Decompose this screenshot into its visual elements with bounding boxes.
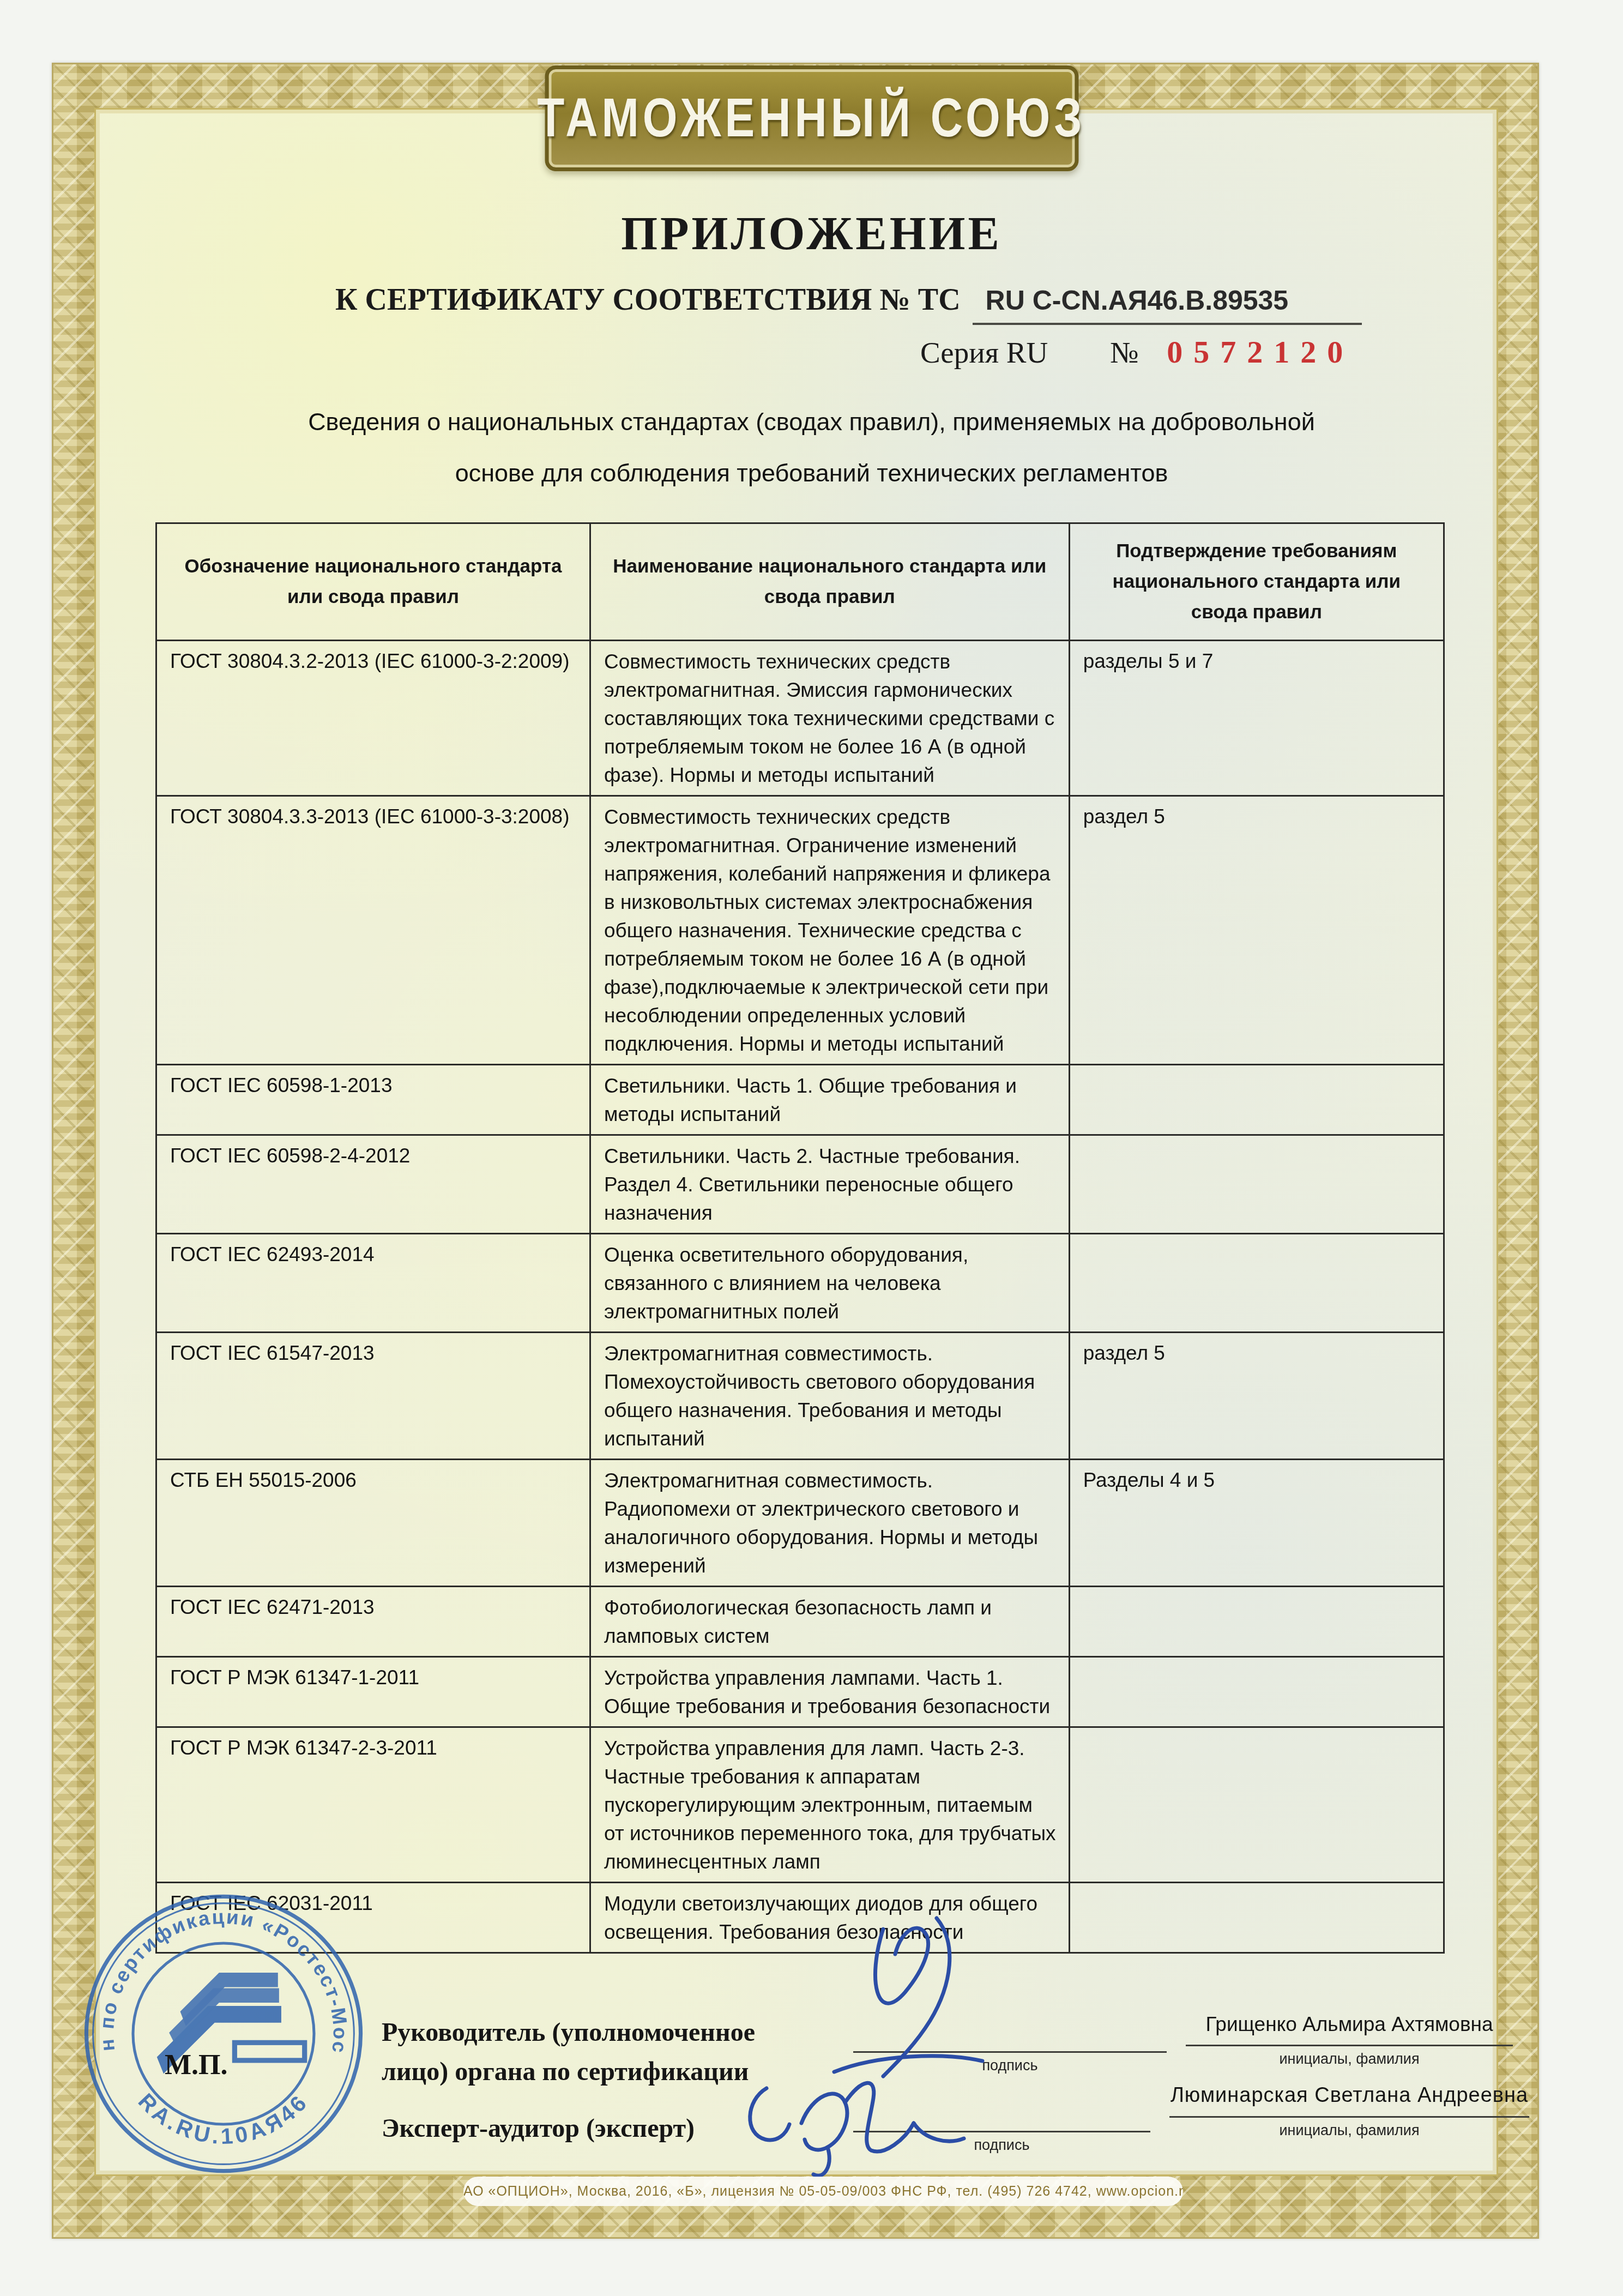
cell-confirmation (1069, 1587, 1444, 1657)
series-label: Серия RU (920, 336, 1048, 369)
print-house-note: АО «ОПЦИОН», Москва, 2016, «Б», лицензия… (463, 2177, 1183, 2206)
table-row: ГОСТ Р МЭК 61347-1-2011Устройства управл… (156, 1657, 1444, 1727)
banner-text: ТАМОЖЕННЫЙ СОЮЗ (537, 87, 1085, 150)
table-header-row: Обозначение национального стандарта или … (156, 523, 1444, 641)
cell-name: Фотобиологическая безопасность ламп и ла… (590, 1587, 1069, 1657)
cell-confirmation: разделы 5 и 7 (1069, 641, 1444, 796)
cell-name: Устройства управления для ламп. Часть 2-… (590, 1727, 1069, 1883)
page-title: ПРИЛОЖЕНИЕ (0, 206, 1623, 261)
cell-standard: СТБ ЕН 55015-2006 (156, 1460, 590, 1587)
table-row: ГОСТ IEC 61547-2013Электромагнитная совм… (156, 1333, 1444, 1460)
cell-confirmation: раздел 5 (1069, 1333, 1444, 1460)
customs-union-banner: ТАМОЖЕННЫЙ СОЮЗ (545, 65, 1078, 171)
table-row: ГОСТ 30804.3.3-2013 (IEC 61000-3-3:2008)… (156, 796, 1444, 1065)
certificate-label: К СЕРТИФИКАТУ СООТВЕТСТВИЯ № ТС (335, 283, 961, 317)
cell-standard: ГОСТ Р МЭК 61347-2-3-2011 (156, 1727, 590, 1883)
cell-confirmation: Разделы 4 и 5 (1069, 1460, 1444, 1587)
table-row: ГОСТ Р МЭК 61347-2-3-2011Устройства упра… (156, 1727, 1444, 1883)
head-name: Грищенко Альмира Ахтямовна (1186, 2013, 1513, 2036)
cell-confirmation (1069, 1234, 1444, 1333)
intro-text-line1: Сведения о национальных стандартах (свод… (0, 408, 1623, 436)
table-row: ГОСТ IEC 62471-2013Фотобиологическая без… (156, 1587, 1444, 1657)
head-role-line2: лицо) органа по сертификации (382, 2057, 749, 2087)
name-rule (1169, 2116, 1529, 2118)
name-rule (1186, 2045, 1513, 2046)
table-row: ГОСТ 30804.3.2-2013 (IEC 61000-3-2:2009)… (156, 641, 1444, 796)
cell-confirmation (1069, 1883, 1444, 1953)
certificate-number-line: К СЕРТИФИКАТУ СООТВЕТСТВИЯ № ТСRU C-CN.А… (335, 282, 1362, 325)
cell-confirmation (1069, 1657, 1444, 1727)
series-number-sign: № (1110, 336, 1138, 369)
series-line: Серия RU № 0572120 (920, 334, 1354, 370)
cell-standard: ГОСТ 30804.3.3-2013 (IEC 61000-3-3:2008) (156, 796, 590, 1065)
standards-table: Обозначение национального стандарта или … (155, 522, 1445, 1954)
expert-signature (731, 2057, 970, 2182)
svg-text:Орган по сертификации «Ростест: Орган по сертификации «Ростест-Москва» (74, 1884, 352, 2056)
cell-name: Светильники. Часть 2. Частные требования… (590, 1135, 1069, 1234)
head-role-line1: Руководитель (уполномоченное (382, 2017, 755, 2047)
cell-confirmation (1069, 1135, 1444, 1234)
series-number: 0572120 (1167, 334, 1354, 370)
cell-standard: ГОСТ IEC 62471-2013 (156, 1587, 590, 1657)
table-row: ГОСТ IEC 60598-1-2013Светильники. Часть … (156, 1065, 1444, 1135)
col-header-confirmation: Подтверждение требованиям национального … (1069, 523, 1444, 641)
certificate-number: RU C-CN.АЯ46.В.89535 (973, 285, 1362, 325)
cell-standard: ГОСТ IEC 62493-2014 (156, 1234, 590, 1333)
cell-name: Совместимость технических средств электр… (590, 641, 1069, 796)
table-row: ГОСТ IEC 60598-2-4-2012Светильники. Част… (156, 1135, 1444, 1234)
cell-name: Совместимость технических средств электр… (590, 796, 1069, 1065)
col-header-name: Наименование национального стандарта или… (590, 523, 1069, 641)
stamp-ring-text-top: Орган по сертификации «Ростест-Москва» (74, 1884, 352, 2056)
expert-role: Эксперт-аудитор (эксперт) (382, 2113, 695, 2143)
seal-mark: М.П. (165, 2049, 228, 2081)
cell-confirmation: раздел 5 (1069, 796, 1444, 1065)
cell-standard: ГОСТ IEC 61547-2013 (156, 1333, 590, 1460)
cell-name: Оценка осветительного оборудования, связ… (590, 1234, 1069, 1333)
cell-standard: ГОСТ Р МЭК 61347-1-2011 (156, 1657, 590, 1727)
cell-name: Электромагнитная совместимость. Помехоус… (590, 1333, 1069, 1460)
name-caption: инициалы, фамилия (1186, 2051, 1513, 2068)
col-header-designation: Обозначение национального стандарта или … (156, 523, 590, 641)
intro-text-line2: основе для соблюдения требований техниче… (0, 459, 1623, 487)
rostest-stamp: Орган по сертификации «Ростест-Москва» R… (74, 1884, 373, 2184)
certificate-page: ТАМОЖЕННЫЙ СОЮЗ ПРИЛОЖЕНИЕ К СЕРТИФИКАТУ… (0, 0, 1623, 2296)
table-row: ГОСТ IEC 62493-2014Оценка осветительного… (156, 1234, 1444, 1333)
cell-name: Электромагнитная совместимость. Радиопом… (590, 1460, 1069, 1587)
cell-standard: ГОСТ IEC 60598-2-4-2012 (156, 1135, 590, 1234)
expert-name: Люминарская Светлана Андреевна (1169, 2084, 1529, 2107)
head-name-block: Грищенко Альмира Ахтямовна инициалы, фам… (1186, 2013, 1513, 2068)
name-caption: инициалы, фамилия (1169, 2122, 1529, 2139)
table-row: СТБ ЕН 55015-2006Электромагнитная совмес… (156, 1460, 1444, 1587)
cell-name: Устройства управления лампами. Часть 1. … (590, 1657, 1069, 1727)
cell-standard: ГОСТ IEC 60598-1-2013 (156, 1065, 590, 1135)
cell-confirmation (1069, 1727, 1444, 1883)
cell-name: Светильники. Часть 1. Общие требования и… (590, 1065, 1069, 1135)
cell-confirmation (1069, 1065, 1444, 1135)
expert-name-block: Люминарская Светлана Андреевна инициалы,… (1169, 2084, 1529, 2139)
cell-standard: ГОСТ 30804.3.2-2013 (IEC 61000-3-2:2009) (156, 641, 590, 796)
